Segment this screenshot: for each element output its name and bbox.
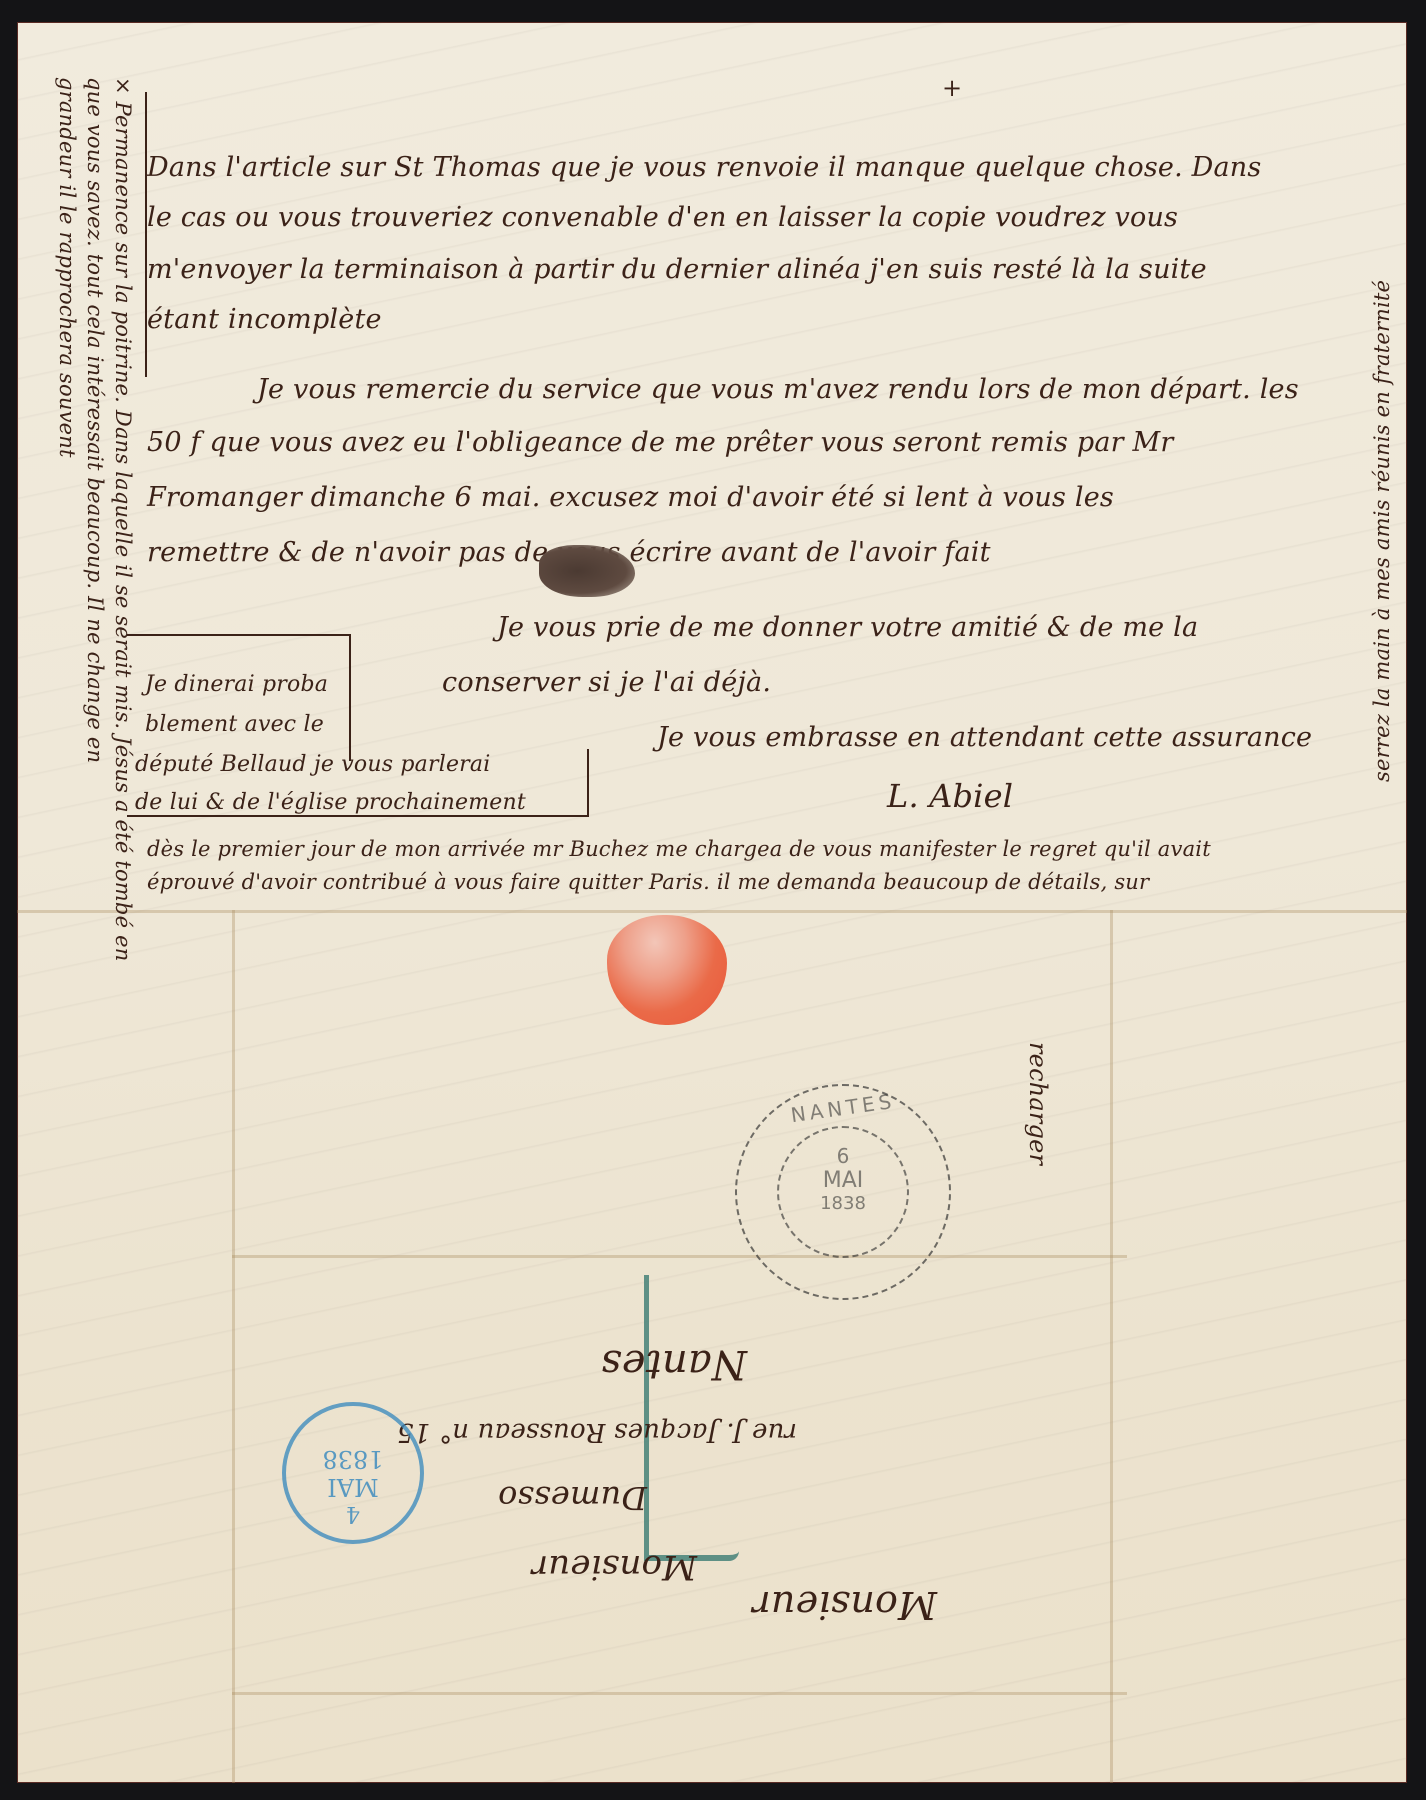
signature: L. Abiel [887, 777, 1013, 815]
address-line: Monsieur [532, 1547, 697, 1587]
postscript-bottom-line: éprouvé d'avoir contribué à vous faire q… [147, 870, 1149, 894]
postmark-month: MAI [286, 1473, 420, 1501]
left-margin-note: × Permanence sur la poitrine. Dans laque… [63, 77, 135, 1077]
address-line: Dumesso [498, 1479, 647, 1517]
letter-line: Fromanger dimanche 6 mai. excusez moi d'… [147, 482, 1114, 513]
fold-line-horizontal-middle [232, 1255, 1127, 1258]
postscript-line: blement avec le [145, 712, 324, 737]
letter-line: 50 f que vous avez eu l'obligeance de me… [147, 427, 1174, 458]
postscript-line: député Bellaud je vous parlerai [135, 752, 490, 777]
blue-postmark: 4 MAI 1838 [282, 1402, 424, 1544]
fold-line-horizontal-lower [232, 1692, 1127, 1695]
postscript-line: Je dinerai proba [145, 672, 328, 697]
fold-line-vertical-left [232, 910, 235, 1783]
margin-line: que vous savez. tout cela intéressait be… [83, 77, 107, 1077]
margin-line: grandeur il le rapprochera souvent [55, 77, 79, 1077]
right-margin-note: serrez la main à mes amis réunis en frat… [1370, 182, 1394, 782]
postmark-inner-ring: 6 MAI 1838 [777, 1126, 909, 1258]
town-postmark: NANTES 6 MAI 1838 [735, 1084, 951, 1300]
side-note-text: recharger [1024, 1042, 1052, 1165]
fold-line-horizontal-upper [17, 910, 1407, 913]
postscript-line: de lui & de l'église prochainement [135, 790, 526, 815]
postscript-bottom-line: dès le premier jour de mon arrivée mr Bu… [147, 837, 1211, 861]
wax-seal [607, 915, 727, 1025]
margin-rule [145, 92, 147, 377]
postmark-year: 1838 [286, 1445, 420, 1473]
postmark-day: 6 [779, 1144, 907, 1168]
postmark-month: MAI [779, 1168, 907, 1193]
insertion-mark: + [942, 74, 962, 102]
address-line: Nantes [601, 1341, 747, 1387]
address-block: Monsieur Monsieur Dumesso rue J. Jacques… [387, 1287, 947, 1647]
letter-line: étant incomplète [147, 304, 382, 335]
postmark-year: 1838 [779, 1193, 907, 1214]
closing-line: Je vous embrasse en attendant cette assu… [657, 722, 1312, 753]
letter-line: Je vous remercie du service que vous m'a… [257, 374, 1299, 405]
fold-line-vertical-right [1110, 910, 1113, 1783]
letter-line: le cas ou vous trouveriez convenable d'e… [147, 202, 1178, 233]
postscript-box-upper [127, 634, 351, 761]
letter-line: Je vous prie de me donner votre amitié &… [497, 612, 1198, 643]
letter-line: Dans l'article sur St Thomas que je vous… [147, 152, 1261, 183]
postmark-day: 4 [286, 1501, 420, 1526]
margin-line: serrez la main à mes amis réunis en frat… [1370, 182, 1394, 782]
margin-line: × Permanence sur la poitrine. Dans laque… [111, 77, 135, 1077]
letter-sheet: + Dans l'article sur St Thomas que je vo… [17, 22, 1407, 1783]
letter-line: conserver si je l'ai déjà. [442, 667, 771, 698]
address-line: Monsieur [752, 1583, 937, 1627]
letter-line: m'envoyer la terminaison à partir du der… [147, 254, 1207, 285]
address-line: rue J. Jacques Rousseau n° 15 [397, 1417, 797, 1447]
side-note: recharger [1024, 1042, 1052, 1165]
